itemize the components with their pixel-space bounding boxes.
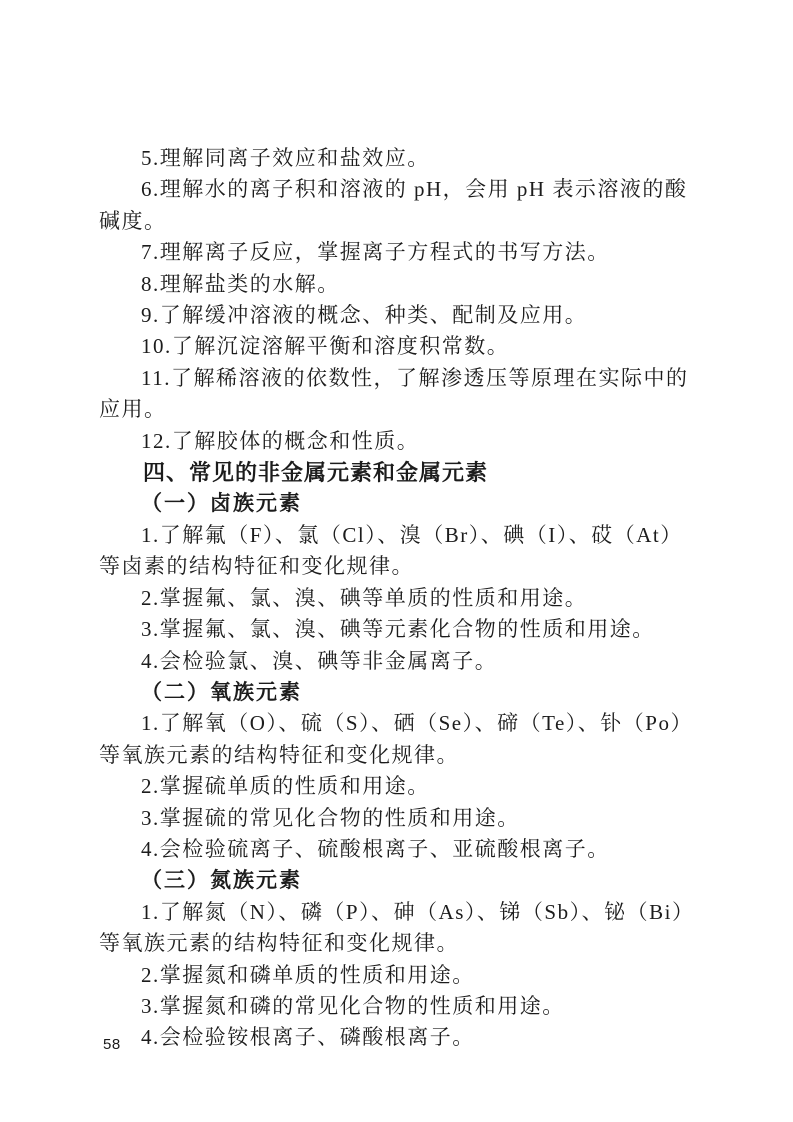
- list-item: 10.了解沉淀溶解平衡和溶度积常数。: [99, 331, 696, 362]
- list-item: 6.理解水的离子积和溶液的 pH，会用 pH 表示溶液的酸碱度。: [99, 174, 696, 237]
- list-item: 12.了解胶体的概念和性质。: [99, 426, 696, 457]
- page-content: 5.理解同离子效应和盐效应。 6.理解水的离子积和溶液的 pH，会用 pH 表示…: [99, 143, 696, 1054]
- list-item: 4.会检验硫离子、硫酸根离子、亚硫酸根离子。: [99, 834, 696, 865]
- document-page: 5.理解同离子效应和盐效应。 6.理解水的离子积和溶液的 pH，会用 pH 表示…: [0, 0, 793, 1122]
- list-item: 2.掌握氮和磷单质的性质和用途。: [99, 960, 696, 991]
- list-item: 3.掌握硫的常见化合物的性质和用途。: [99, 803, 696, 834]
- list-item: 1.了解氟（F）、氯（Cl）、溴（Br）、碘（I）、砹（At）等卤素的结构特征和…: [99, 520, 696, 583]
- subsection-heading: （三）氮族元素: [99, 865, 696, 896]
- page-number: 58: [103, 1036, 121, 1053]
- subsection-heading: （二）氧族元素: [99, 677, 696, 708]
- section-heading: 四、常见的非金属元素和金属元素: [99, 457, 696, 488]
- list-item: 8.理解盐类的水解。: [99, 269, 696, 300]
- list-item: 5.理解同离子效应和盐效应。: [99, 143, 696, 174]
- list-item: 9.了解缓冲溶液的概念、种类、配制及应用。: [99, 300, 696, 331]
- list-item: 7.理解离子反应，掌握离子方程式的书写方法。: [99, 237, 696, 268]
- list-item: 3.掌握氟、氯、溴、碘等元素化合物的性质和用途。: [99, 614, 696, 645]
- list-item: 2.掌握硫单质的性质和用途。: [99, 771, 696, 802]
- list-item: 1.了解氧（O）、硫（S）、硒（Se）、碲（Te）、钋（Po）等氧族元素的结构特…: [99, 708, 696, 771]
- list-item: 2.掌握氟、氯、溴、碘等单质的性质和用途。: [99, 583, 696, 614]
- subsection-heading: （一）卤族元素: [99, 488, 696, 519]
- list-item: 4.会检验氯、溴、碘等非金属离子。: [99, 646, 696, 677]
- list-item: 1.了解氮（N）、磷（P）、砷（As）、锑（Sb）、铋（Bi）等氧族元素的结构特…: [99, 897, 696, 960]
- list-item: 3.掌握氮和磷的常见化合物的性质和用途。: [99, 991, 696, 1022]
- list-item: 11.了解稀溶液的依数性，了解渗透压等原理在实际中的应用。: [99, 363, 696, 426]
- list-item: 4.会检验铵根离子、磷酸根离子。: [99, 1022, 696, 1053]
